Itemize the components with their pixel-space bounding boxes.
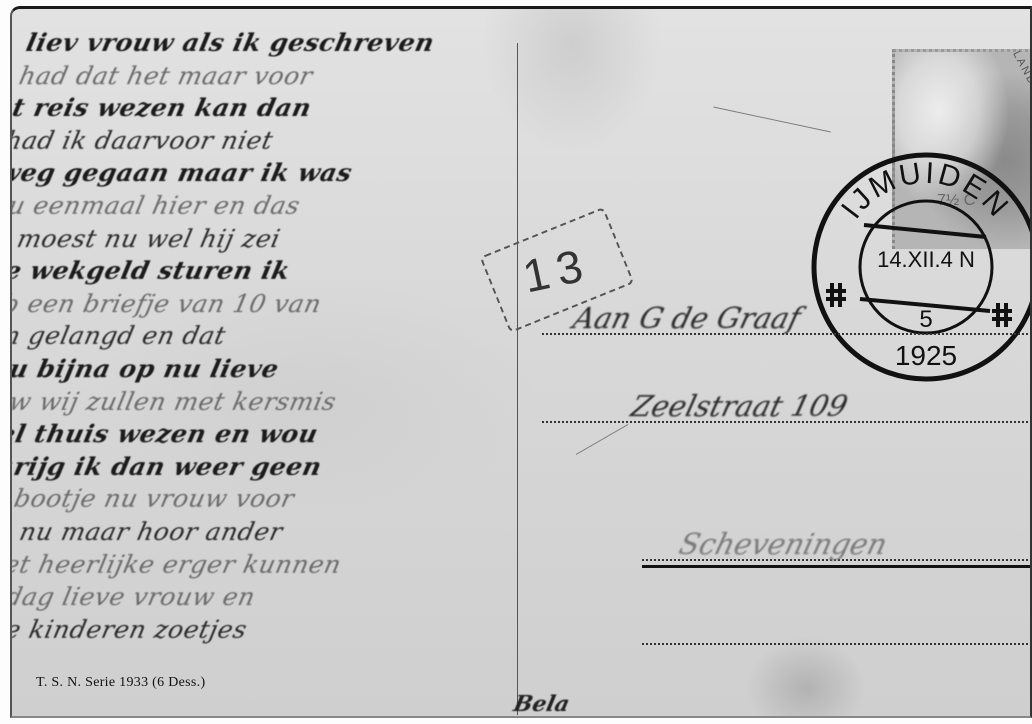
- address-underline: [642, 565, 1032, 568]
- box-stamp-number: 13: [519, 237, 596, 304]
- postmark-year: 1925: [895, 340, 957, 371]
- postcard: liev vrouw als ik geschreven had dat het…: [10, 6, 1032, 718]
- publisher-imprint: T. S. N. Serie 1933 (6 Dess.): [36, 675, 205, 691]
- signature: Bela: [511, 691, 572, 717]
- postmark-date: 14.XII.4 N: [877, 247, 975, 272]
- address-recipient: Aan G de Graaf: [570, 301, 804, 335]
- handwritten-message: liev vrouw als ik geschreven had dat het…: [10, 27, 520, 646]
- message-line: heb een briefje van 10 van: [10, 288, 465, 321]
- message-line: zichtig nu maar hoor ander: [10, 516, 416, 549]
- message-line: had ik daarvoor niet: [10, 125, 499, 158]
- message-line: zijn nu dag lieve vrouw en: [10, 581, 402, 614]
- postmark-icon: IJMUIDEN 14.XII.4 N 5 1925: [808, 149, 1032, 385]
- postmark-cross-right: [992, 303, 1012, 327]
- message-line: ik moest nu wel hij zei: [10, 223, 478, 256]
- message-line: wat krijg ik dan weer geen: [10, 451, 430, 484]
- message-line: is wel thuis wezen en wou: [10, 418, 437, 451]
- address-city: Scheveningen: [676, 527, 891, 561]
- address-street: Zeelstraat 109: [628, 389, 851, 423]
- message-line: vrouw wij zullen met kersmis: [10, 386, 444, 419]
- postcard-scan: liev vrouw als ik geschreven had dat het…: [0, 0, 1032, 724]
- message-line: liev vrouw als ik geschreven: [23, 27, 520, 60]
- paper-scratch: [713, 107, 831, 133]
- message-line: t reis wezen kan dan: [10, 92, 506, 125]
- message-line: weg gegaan maar ik was: [10, 157, 492, 190]
- address-dotted-line-4: [642, 643, 1032, 645]
- postmark-cross-left: [826, 283, 846, 307]
- paper-scratch: [576, 424, 628, 455]
- message-line: dag lieve kinderen zoetjes: [10, 614, 395, 647]
- postmark-subline: 5: [919, 306, 932, 333]
- center-divider-line: [517, 43, 518, 715]
- stamp-country-text: LAND: [1010, 49, 1032, 88]
- postmark-cancellation: IJMUIDEN 14.XII.4 N 5 1925: [808, 149, 1032, 385]
- message-line: ander bootje nu vrouw voor: [10, 483, 423, 516]
- message-line: is nu bijna op nu lieve: [10, 353, 451, 386]
- message-line: me wekgeld sturen ik: [10, 255, 472, 288]
- message-line: zicht het heerlijke erger kunnen: [10, 549, 409, 582]
- message-line: had dat het maar voor: [16, 60, 513, 93]
- message-line: hem gelangd en dat: [10, 320, 458, 353]
- message-line: nu eenmaal hier en das: [10, 190, 485, 223]
- svg-text:IJMUIDEN: IJMUIDEN: [835, 156, 1016, 224]
